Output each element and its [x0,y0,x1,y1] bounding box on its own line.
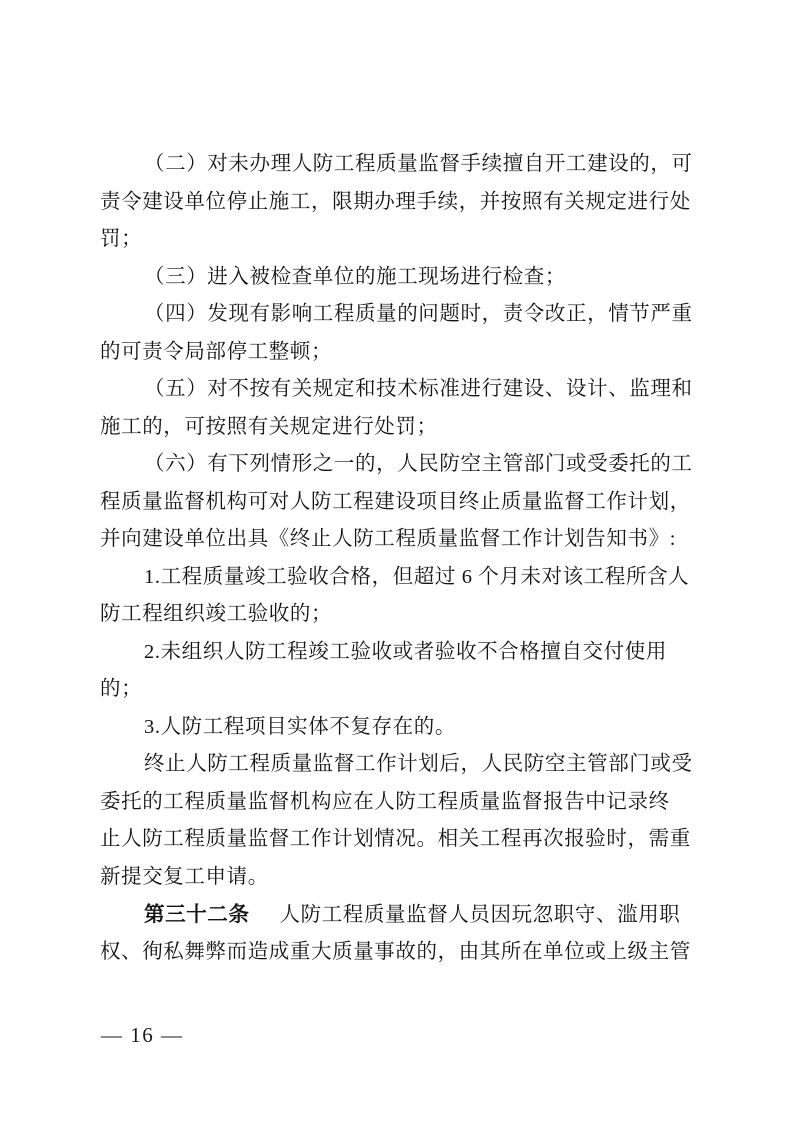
document-body: （二）对未办理人防工程质量监督手续擅自开工建设的，可责令建设单位停止施工，限期办… [100,146,686,971]
text-run: 的可责令局部停工整顿； [100,341,332,363]
page-footer: — 16 — [101,1021,184,1049]
text-line: （五）对不按有关规定和技术标准进行建设、设计、监理和 [100,371,686,409]
page-number: — 16 — [101,1023,184,1047]
text-line: 罚； [100,221,686,259]
text-run: 权、徇私舞弊而造成重大质量事故的，由其所在单位或上级主管 [100,941,691,963]
text-line: 施工的，可按照有关规定进行处罚； [100,409,686,447]
text-line: 权、徇私舞弊而造成重大质量事故的，由其所在单位或上级主管 [100,934,686,972]
text-run: 3.人防工程项目实体不复存在的。 [144,716,456,738]
article-number: 第三十二条 [144,903,250,926]
text-run: 施工的，可按照有关规定进行处罚； [100,416,438,438]
text-run: 1.工程质量竣工验收合格，但超过 6 个月未对该工程所含人 [144,566,689,588]
text-line: 并向建设单位出具《终止人防工程质量监督工作计划告知书》: [100,521,686,559]
document-page: （二）对未办理人防工程质量监督手续擅自开工建设的，可责令建设单位停止施工，限期办… [0,0,793,1122]
text-run: （三）进入被检查单位的施工现场进行检查； [144,266,566,288]
text-run: （四）发现有影响工程质量的问题时，责令改正，情节严重 [144,303,693,325]
text-run: 罚； [100,228,142,250]
text-run: （二）对未办理人防工程质量监督手续擅自开工建设的，可 [144,153,693,175]
text-line: 程质量监督机构可对人防工程建设项目终止质量监督工作计划， [100,484,686,522]
text-line: 1.工程质量竣工验收合格，但超过 6 个月未对该工程所含人 [100,559,686,597]
text-line: （二）对未办理人防工程质量监督手续擅自开工建设的，可 [100,146,686,184]
text-line: 止人防工程质量监督工作计划情况。相关工程再次报验时，需重 [100,821,686,859]
text-line: 新提交复工申请。 [100,859,686,897]
text-run: 委托的工程质量监督机构应在人防工程质量监督报告中记录终 [100,791,670,813]
text-line: 委托的工程质量监督机构应在人防工程质量监督报告中记录终 [100,784,686,822]
text-run: 新提交复工申请。 [100,866,269,888]
text-line: （六）有下列情形之一的，人民防空主管部门或受委托的工 [100,446,686,484]
text-line: 终止人防工程质量监督工作计划后，人民防空主管部门或受 [100,746,686,784]
text-line: 的； [100,671,686,709]
text-run: （六）有下列情形之一的，人民防空主管部门或受委托的工 [144,453,693,475]
text-line: 的可责令局部停工整顿； [100,334,686,372]
text-line: 3.人防工程项目实体不复存在的。 [100,709,686,747]
text-line: 责令建设单位停止施工，限期办理手续，并按照有关规定进行处 [100,184,686,222]
text-run: （五）对不按有关规定和技术标准进行建设、设计、监理和 [144,378,693,400]
text-run: 终止人防工程质量监督工作计划后，人民防空主管部门或受 [144,753,693,775]
text-line: 防工程组织竣工验收的； [100,596,686,634]
text-run: 防工程组织竣工验收的； [100,603,332,625]
text-run: 责令建设单位停止施工，限期办理手续，并按照有关规定进行处 [100,191,691,213]
text-run: 2.未组织人防工程竣工验收或者验收不合格擅自交付使用 [144,641,667,663]
text-run: 止人防工程质量监督工作计划情况。相关工程再次报验时，需重 [100,828,691,850]
text-line: （四）发现有影响工程质量的问题时，责令改正，情节严重 [100,296,686,334]
text-run: 人防工程质量监督人员因玩忽职守、滥用职 [280,904,681,926]
text-run: 的； [100,678,142,700]
text-line: （三）进入被检查单位的施工现场进行检查； [100,259,686,297]
text-run: 并向建设单位出具《终止人防工程质量监督工作计划告知书》: [100,528,676,550]
text-run: 程质量监督机构可对人防工程建设项目终止质量监督工作计划， [100,491,691,513]
text-line: 2.未组织人防工程竣工验收或者验收不合格擅自交付使用 [100,634,686,672]
text-line: 第三十二条人防工程质量监督人员因玩忽职守、滥用职 [100,896,686,934]
